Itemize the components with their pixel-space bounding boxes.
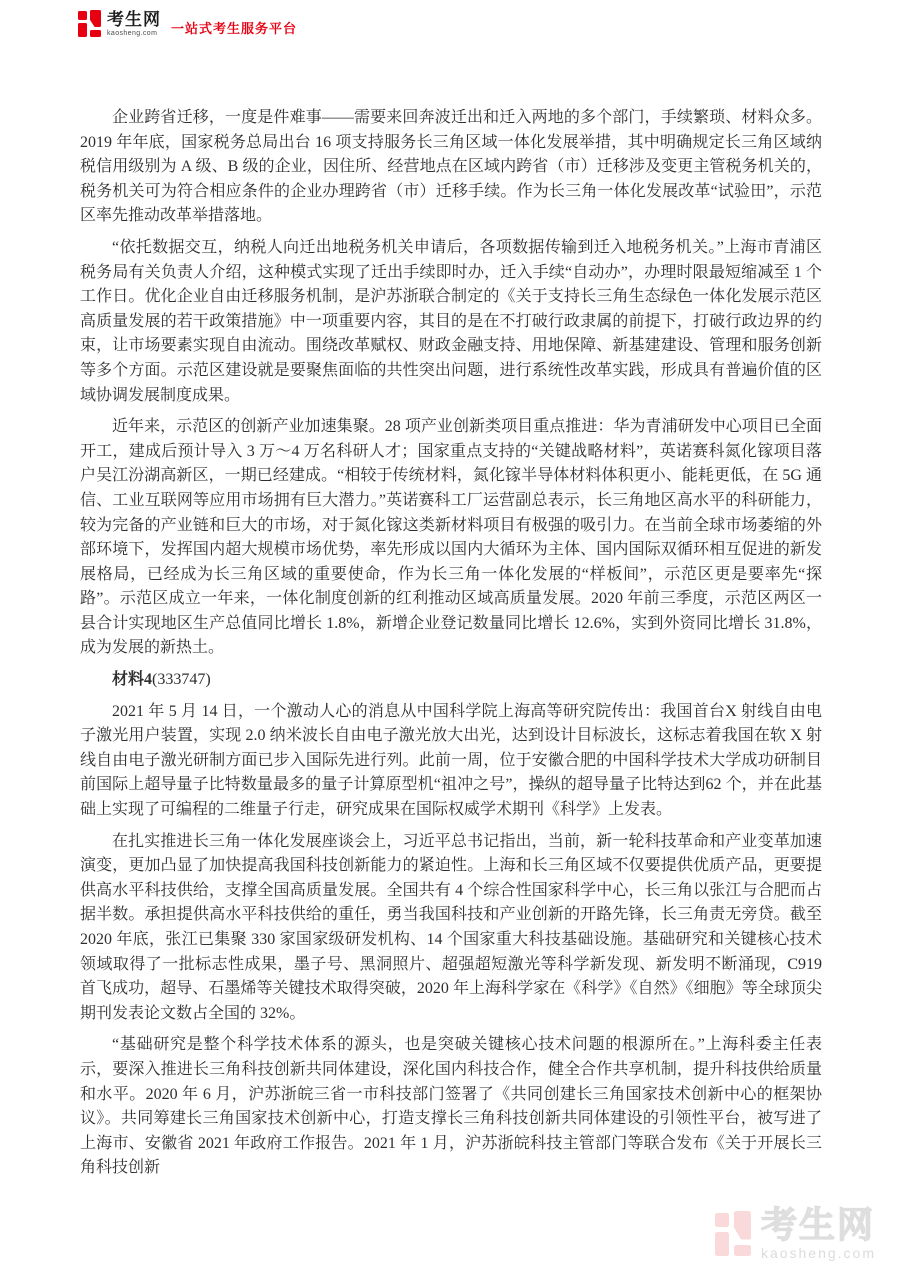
document-body: 企业跨省迁移，一度是件难事——需要来回奔波迁出和迁入两地的多个部门，手续繁琐、材… [80, 106, 822, 1188]
brand-wordmark: 考生网 kaosheng.com [107, 10, 161, 38]
watermark-logo-icon [715, 1211, 751, 1258]
material-heading-label: 材料4 [112, 671, 152, 688]
page-header: 考生网 kaosheng.com 一站式考生服务平台 [78, 10, 297, 38]
body-paragraph: “基础研究是整个科学技术体系的源头，也是突破关键核心技术问题的根源所在。”上海科… [80, 1033, 822, 1181]
brand-tagline: 一站式考生服务平台 [171, 18, 297, 37]
brand-domain: kaosheng.com [107, 29, 161, 38]
body-paragraph: 2021 年 5 月 14 日，一个激动人心的消息从中国科学院上海高等研究院传出… [80, 700, 822, 823]
material-heading-code: (333747) [152, 671, 211, 688]
kaosheng-logo-icon [78, 10, 102, 38]
watermark: 考生网 kaosheng.com [715, 1207, 876, 1261]
watermark-brand-name: 考生网 [761, 1207, 876, 1243]
body-paragraph: “依托数据交互，纳税人向迁出地税务机关申请后，各项数据传输到迁入地税务机关。”上… [80, 236, 822, 408]
material-heading: 材料4(333747) [80, 668, 822, 693]
body-paragraph: 在扎实推进长三角一体化发展座谈会上，习近平总书记指出，当前，新一轮科技革命和产业… [80, 830, 822, 1027]
watermark-brand-domain: kaosheng.com [761, 1245, 876, 1261]
watermark-wordmark: 考生网 kaosheng.com [761, 1207, 876, 1261]
brand-name: 考生网 [107, 10, 161, 29]
body-paragraph: 近年来，示范区的创新产业加速集聚。28 项产业创新类项目重点推进：华为青浦研发中… [80, 415, 822, 661]
body-paragraph: 企业跨省迁移，一度是件难事——需要来回奔波迁出和迁入两地的多个部门，手续繁琐、材… [80, 106, 822, 229]
